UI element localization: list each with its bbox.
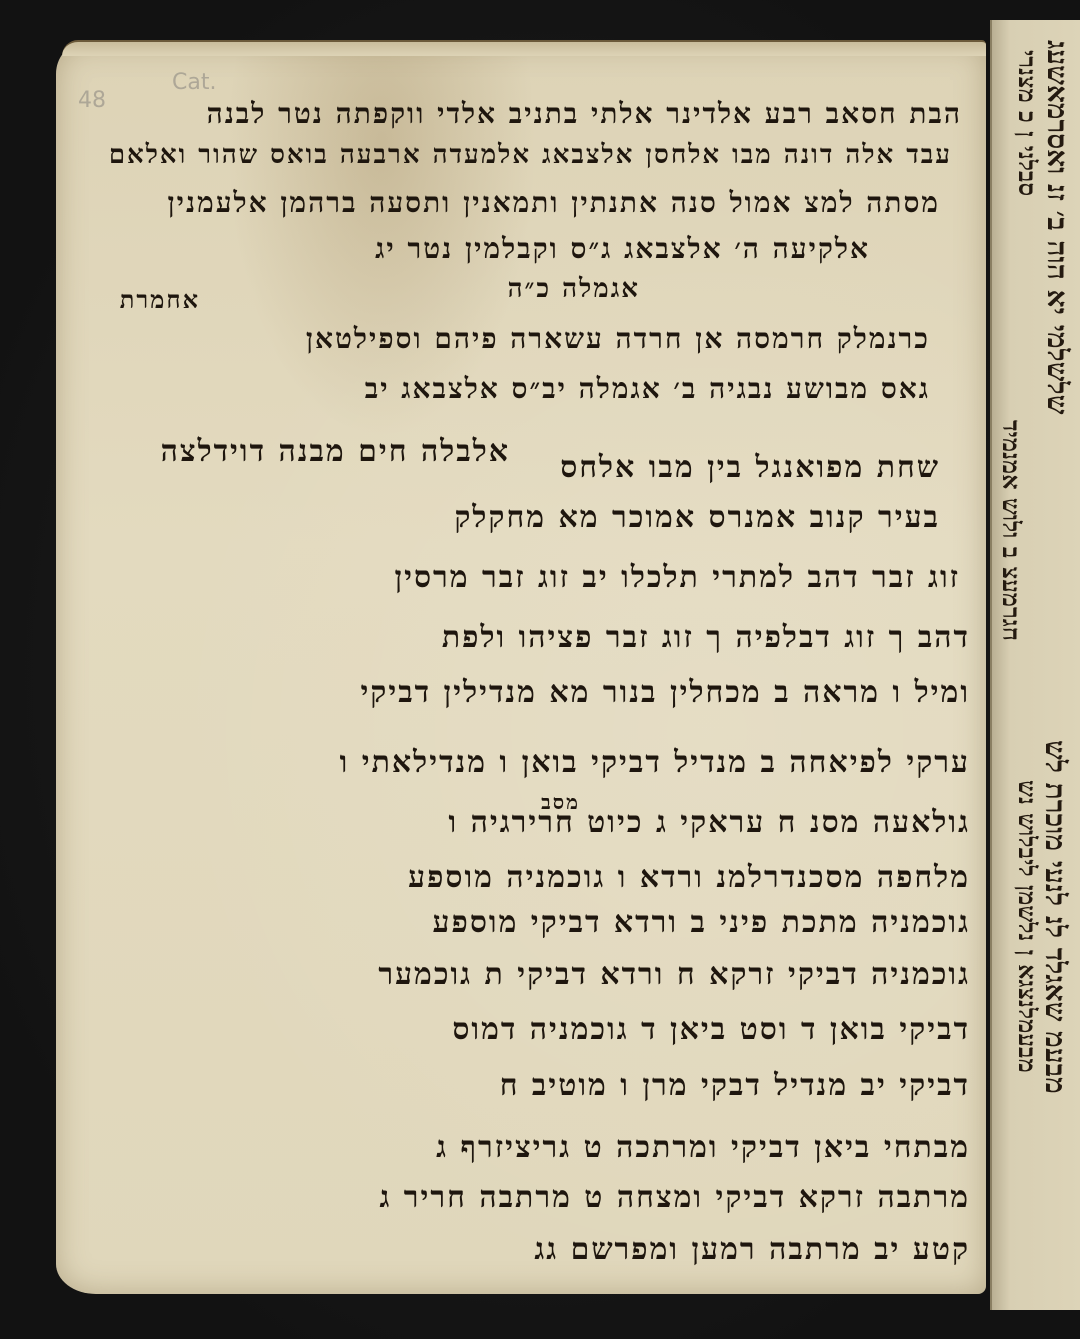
manuscript-line: מרתבה זרקא דביקי ומצחה ט מרתבה חריר ג xyxy=(379,1180,970,1215)
manuscript-line: עבד אלה דונה מבו אלחסן אלצבאג אלמעדה ארב… xyxy=(109,140,952,170)
manuscript-line: הבת חסאב רבע אלדינר אלתי בתניב אלדי ווקפ… xyxy=(207,97,962,131)
manuscript-line: ומיל ו מראה ב מכחלין בנור מא מנדילין דבי… xyxy=(360,675,970,710)
facing-page-line: שלשלמי יא הוה ב׳ זנ ואסרמאשעג xyxy=(1041,40,1074,414)
manuscript-line: שחת מפואנגל בין מבו אלחס xyxy=(560,450,940,485)
manuscript-line: אגמלה כ״ה xyxy=(508,274,640,304)
manuscript-line: קטע יב מרתבה רמען ומפרשם גג xyxy=(534,1232,970,1267)
facing-page-line: מבעמ שאגלד לנ לנעי מוכרת לש xyxy=(1039,740,1072,1094)
facing-page-line: סבלני ן כ מצנרי xyxy=(1013,50,1042,196)
manuscript-line: דביקי יב מנדיל דבקי מרן ו מוטיב ח xyxy=(500,1068,970,1103)
manuscript-line: דהב ך זוג דבלפיה ך זוג זבר פציהו ולפת xyxy=(442,620,970,655)
manuscript-line: זוג זבר דהב למתרי תלכלו יב זוג זבר מרסין xyxy=(394,560,960,595)
manuscript-line: מלחפה מסכנדרלמנ ורדא ו גוכמניה מוספע xyxy=(408,860,970,895)
facing-page-line: מבעמלנצגא ן נלשמן ליבלוש נש xyxy=(1013,780,1042,1073)
manuscript-line: בעיר קנוב אמנרס אמוכר מא מחקלק xyxy=(454,500,940,535)
margin-note: אחמרת xyxy=(120,285,200,315)
facing-page-edge: שלשלמי יא הוה ב׳ זנ ואסרמאשעג סבלני ן כ … xyxy=(990,20,1080,1310)
catalog-mark: Cat. xyxy=(172,70,216,95)
page-edge xyxy=(62,40,986,56)
manuscript-line: מבתחי ביאן דביקי ומרתכה ט גריציזרף ג xyxy=(436,1130,970,1165)
manuscript-line: ערקי לפיאחה ב מנדיל דביקי בואן ו מנדילאת… xyxy=(340,745,970,780)
manuscript-line: מסתה למצ אמול סנה אתנתין ותמאנין ותסעה ב… xyxy=(168,186,940,220)
manuscript-line: אלקיעה ה׳ אלצבאג ג״ס וקבלמין נטר יג xyxy=(375,232,870,266)
facing-page-line: חגרמעצ ב ולוש אמנמיד xyxy=(997,420,1026,641)
manuscript-line: גוכמניה דביקי זרקא ח ורדא דביקי ת גוכמער xyxy=(378,957,970,992)
manuscript-line: דביקי בואן ד וסט ביאן ד גוכמניה דמוס xyxy=(452,1012,970,1047)
folio-number: 48 xyxy=(78,88,106,113)
manuscript-line: גוכמניה מתכת פיני ב ורדא דביקי מוספע xyxy=(433,905,970,940)
manuscript-line: כרנמלק חרמסה אן חרדה עשארה פיהם וספילטאן xyxy=(306,322,930,356)
manuscript-line: אלבלה חים מבנה דוידלצה xyxy=(161,434,510,469)
manuscript-line: גאס מבושע נבגיה ב׳ אגמלה יב״ס אלצבאג יב xyxy=(365,372,930,406)
manuscript-line: גולאעה מסנ ח עראקי ג כיוט חרירגיה ו xyxy=(449,805,971,840)
